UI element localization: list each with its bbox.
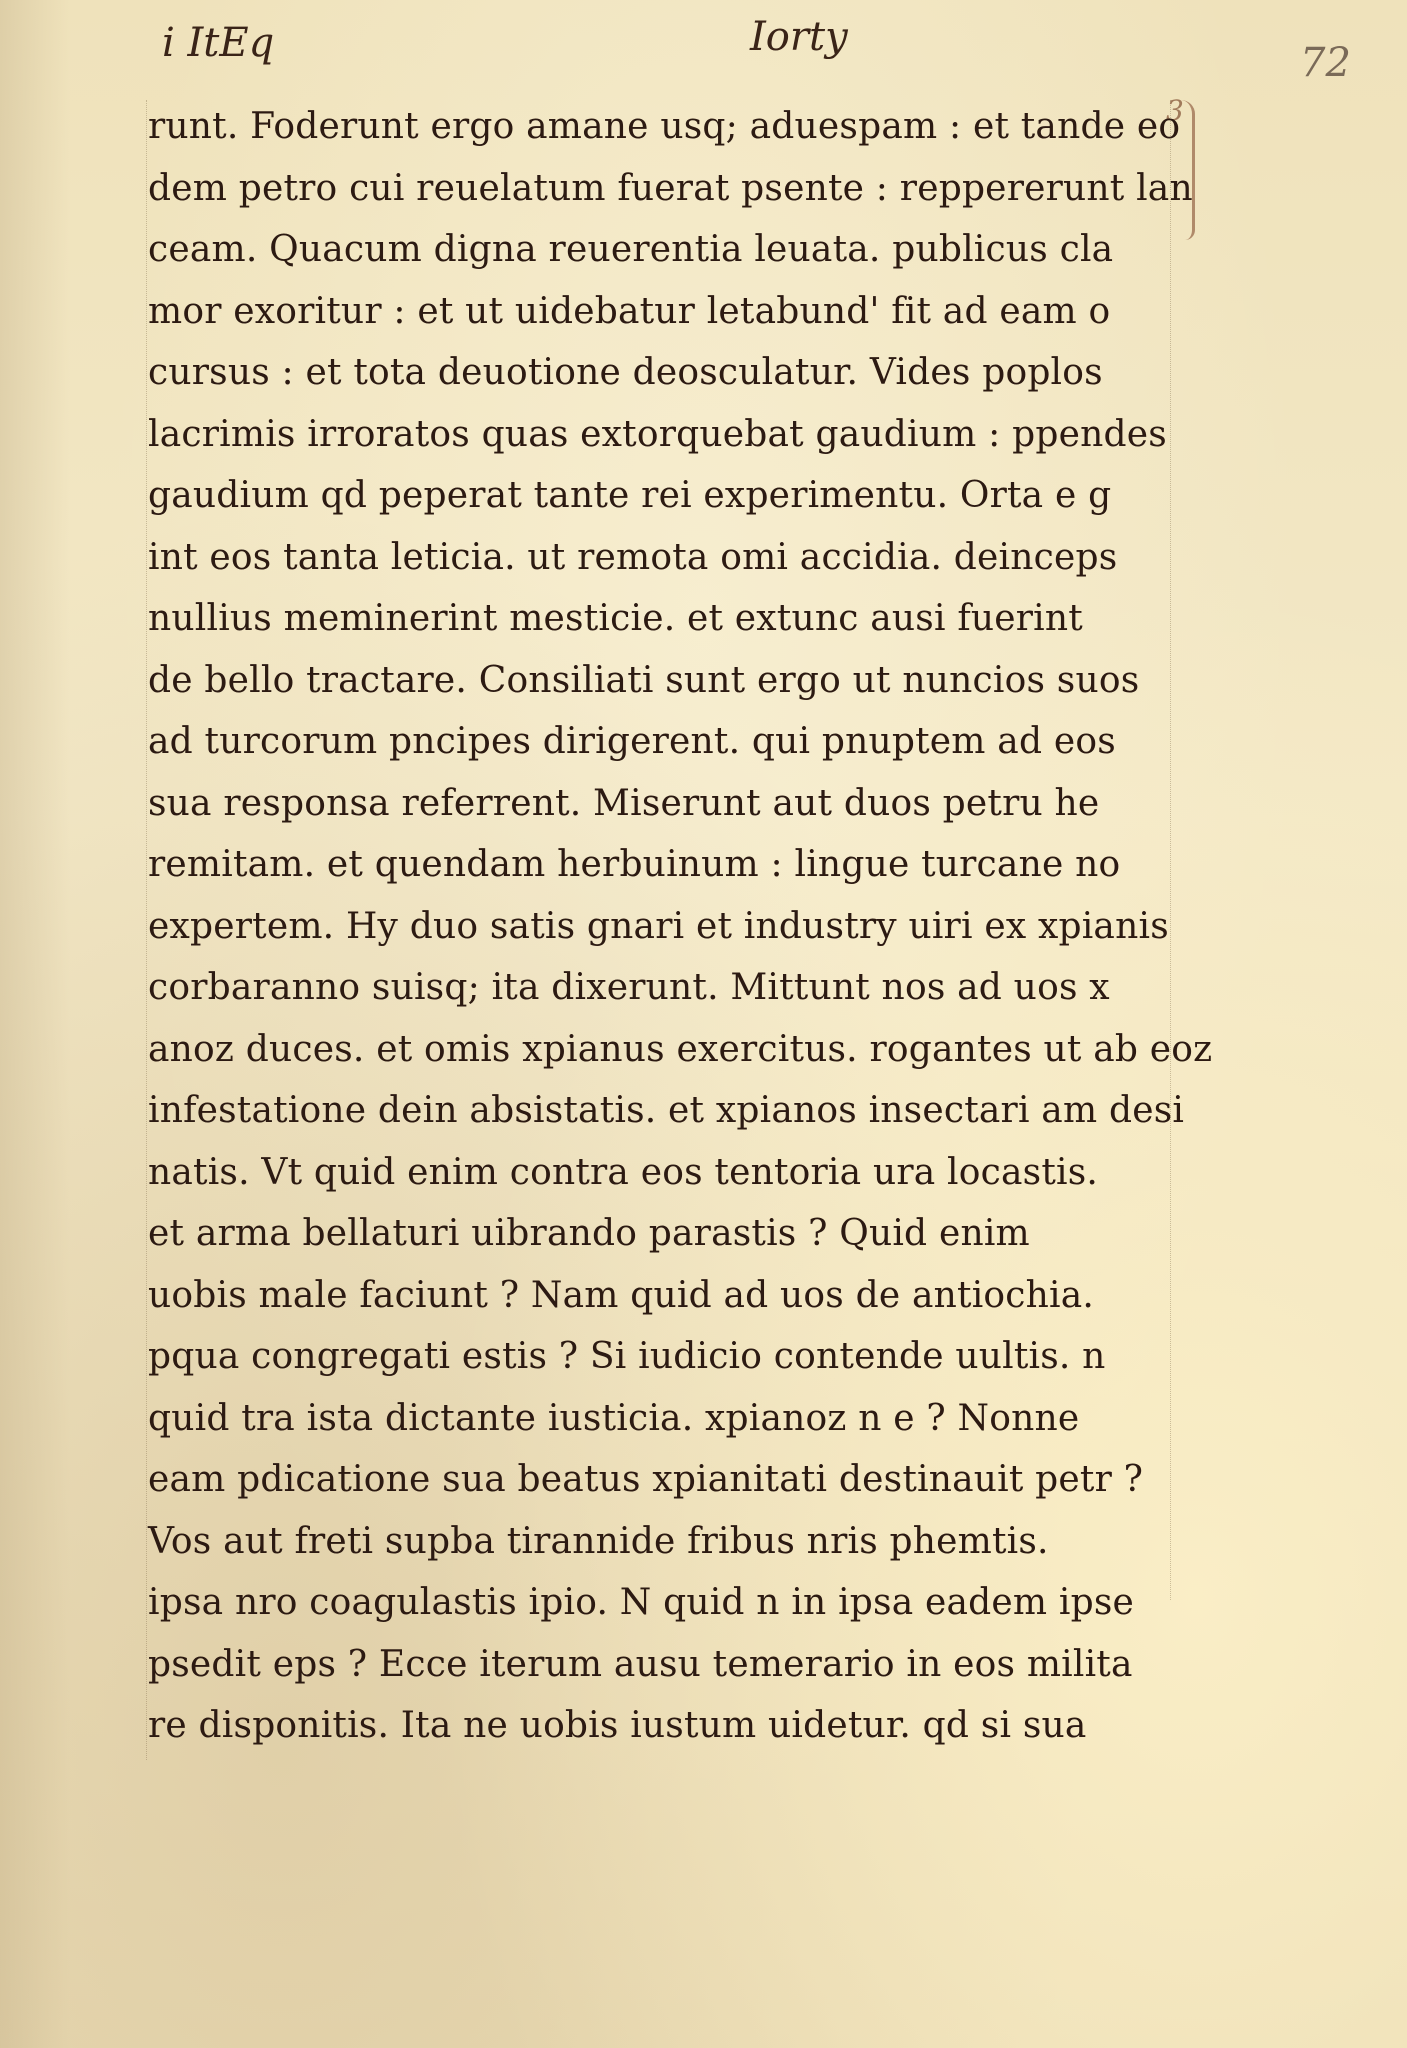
text-line: ipsa nro coagulastis ipio. N quid n in i…	[148, 1572, 1188, 1634]
text-line: remitam. et quendam herbuinum : lingue t…	[148, 834, 1188, 896]
text-line: mor exoritur : et ut uidebatur letabund'…	[148, 281, 1188, 343]
text-line: gaudium qd peperat tante rei experimentu…	[148, 465, 1188, 527]
text-line: int eos tanta leticia. ut remota omi acc…	[148, 527, 1188, 589]
text-line: quid tra ista dictante iusticia. xpianoz…	[148, 1388, 1188, 1450]
text-line: de bello tractare. Consiliati sunt ergo …	[148, 650, 1188, 712]
running-header-center: Iorty	[750, 14, 848, 60]
running-header-left: i ItEq	[162, 20, 274, 66]
text-line: runt. Foderunt ergo amane usq; aduespam …	[148, 96, 1188, 158]
text-line: ceam. Quacum digna reuerentia leuata. pu…	[148, 219, 1188, 281]
text-line: Vos aut freti supba tirannide fribus nri…	[148, 1511, 1188, 1573]
manuscript-page: i ItEq Iorty 72 3 runt. Foderunt ergo am…	[0, 0, 1407, 2048]
text-line: infestatione dein absistatis. et xpianos…	[148, 1080, 1188, 1142]
text-line: re disponitis. Ita ne uobis iustum uidet…	[148, 1695, 1188, 1757]
text-line: eam pdicatione sua beatus xpianitati des…	[148, 1449, 1188, 1511]
text-line: sua responsa referrent. Miserunt aut duo…	[148, 773, 1188, 835]
text-line: ad turcorum pncipes dirigerent. qui pnup…	[148, 711, 1188, 773]
text-line: cursus : et tota deuotione deosculatur. …	[148, 342, 1188, 404]
text-line: dem petro cui reuelatum fuerat psente : …	[148, 158, 1188, 220]
text-line: et arma bellaturi uibrando parastis ? Qu…	[148, 1203, 1188, 1265]
text-line: uobis male faciunt ? Nam quid ad uos de …	[148, 1265, 1188, 1327]
text-line: lacrimis irroratos quas extorquebat gaud…	[148, 404, 1188, 466]
text-line: anoz duces. et omis xpianus exercitus. r…	[148, 1019, 1188, 1081]
text-line: psedit eps ? Ecce iterum ausu temerario …	[148, 1634, 1188, 1696]
folio-number: 72	[1300, 40, 1351, 86]
text-line: corbaranno suisq; ita dixerunt. Mittunt …	[148, 957, 1188, 1019]
text-line: nullius meminerint mesticie. et extunc a…	[148, 588, 1188, 650]
left-ruling-line	[146, 100, 147, 1760]
text-line: expertem. Hy duo satis gnari et industry…	[148, 896, 1188, 958]
text-line: natis. Vt quid enim contra eos tentoria …	[148, 1142, 1188, 1204]
manuscript-text-block: runt. Foderunt ergo amane usq; aduespam …	[148, 96, 1188, 1757]
text-line: pqua congregati estis ? Si iudicio conte…	[148, 1326, 1188, 1388]
